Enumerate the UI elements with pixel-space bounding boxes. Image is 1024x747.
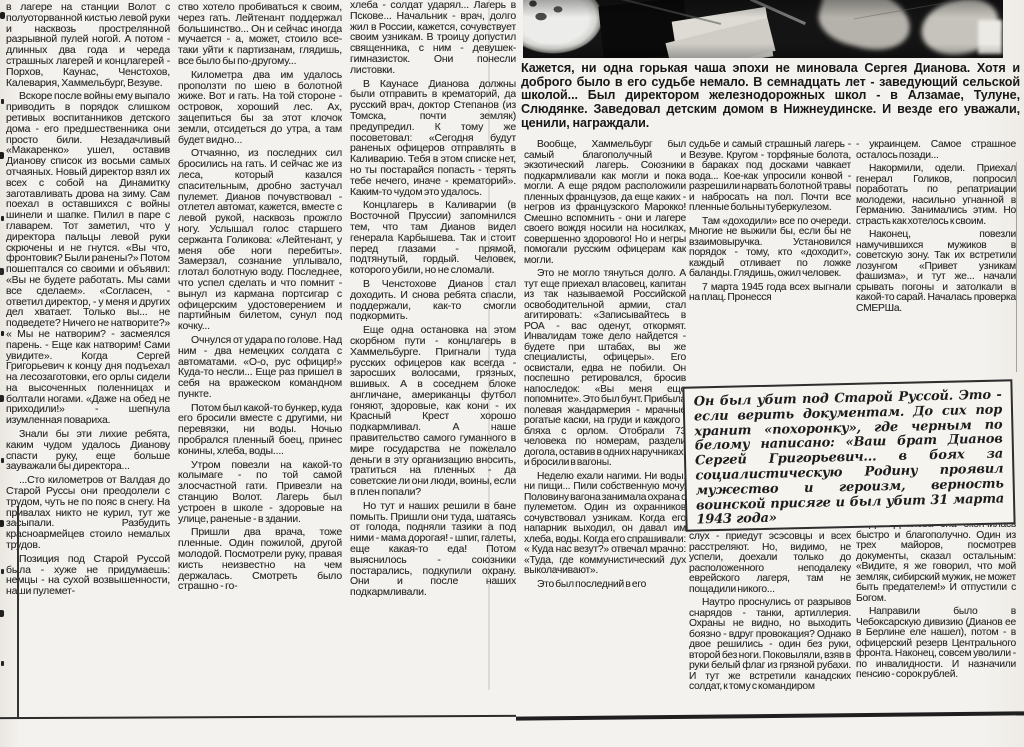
paragraph: Для Дианова она окончилась быстро и благ… bbox=[856, 520, 1016, 604]
paragraph: в лагере на станции Волот с полуоторванн… bbox=[6, 2, 170, 88]
paragraph: Потом был какой-то бункер, куда его брос… bbox=[178, 403, 342, 457]
text-column-4: Вообще, Хаммельбург был самый благополуч… bbox=[524, 140, 686, 712]
newspaper-page: в лагере на станции Волот с полуоторванн… bbox=[0, 0, 1024, 747]
paragraph: Вообще, Хаммельбург был самый благополуч… bbox=[524, 140, 686, 266]
left-frame-rule bbox=[17, 506, 19, 718]
paragraph: Это не могло тянуться долго. А тут еще п… bbox=[524, 269, 686, 469]
text-column-2: ство хотело пробиваться к своим, через г… bbox=[178, 2, 342, 716]
paragraph: хлеба - солдат ударял... Лагерь в Пскове… bbox=[350, 0, 516, 76]
paragraph: Очнулся от удара по голове. Над ним - дв… bbox=[178, 335, 342, 400]
paragraph: Но тут и наших решили в бане помыть. При… bbox=[350, 501, 516, 598]
paragraph: Позиция под Старой Руссой была - хуже не… bbox=[6, 554, 170, 597]
paragraph: Накормили, одели. Приехал генерал Голико… bbox=[856, 164, 1016, 227]
text-column-3: хлеба - солдат ударял... Лагерь в Пскове… bbox=[350, 0, 516, 692]
article-photo bbox=[523, 0, 1003, 58]
paragraph: Отчаянно, из последних сил бросились на … bbox=[178, 148, 342, 332]
paragraph: Неделю ехали нагими. Ни воды, ни пищи...… bbox=[524, 472, 686, 577]
paragraph: 7 марта 1945 года всех выгнали на плац. … bbox=[689, 283, 851, 304]
paragraph: В Каунасе Дианова должны были отправить … bbox=[350, 79, 516, 198]
paper-edge-marks bbox=[0, 12, 5, 19]
paragraph: В Ченстохове Дианов стал доходить. И сно… bbox=[350, 279, 516, 322]
paragraph: судьбе и самый страшный лагерь - Везуве.… bbox=[689, 140, 851, 214]
paragraph: - украинцем. Самое страшное осталось поз… bbox=[856, 140, 1016, 161]
paragraph: Километра два им удалось проползти по ше… bbox=[178, 70, 342, 146]
text-column-1: в лагере на станции Волот с полуоторванн… bbox=[6, 2, 170, 716]
paragraph: Наутро проснулись от разрывов снарядов -… bbox=[689, 598, 851, 693]
quote-box: Он был убит под Старой Руссой. Это - есл… bbox=[682, 379, 1015, 531]
paragraph: Там «доходили» все по очереди. Многие не… bbox=[689, 217, 851, 280]
paragraph: ство хотело пробиваться к своим, через г… bbox=[178, 2, 342, 67]
paragraph: Направили было в Чебоксарскую дивизию (Д… bbox=[856, 607, 1016, 681]
paragraph: Пришли два врача, тоже пленные. Один пож… bbox=[178, 527, 342, 592]
paragraph: Вскоре после войны ему выпало приводить … bbox=[6, 91, 170, 426]
paragraph: Концлагерь в Каливарии (в Восточной Прус… bbox=[350, 200, 516, 276]
paragraph: Утром повезли на какой-то колымаге - по … bbox=[178, 460, 342, 525]
paragraph: Наконец, повезли намучившихся мужиков в … bbox=[856, 230, 1016, 314]
paragraph: Это был последний в его bbox=[524, 580, 686, 591]
paragraph: Знали бы эти лихие ребята, каким чудом у… bbox=[6, 429, 170, 472]
paragraph: Еще одна остановка на этом скорбном пути… bbox=[350, 325, 516, 498]
paragraph: ...Сто километров от Валдая до Старой Ру… bbox=[6, 475, 170, 551]
right-edge-line bbox=[1016, 162, 1017, 372]
paragraph: слух - приедут эсэсовцы и всех расстреля… bbox=[689, 532, 851, 595]
scan-crease-line bbox=[488, 0, 490, 690]
photo-vignette bbox=[523, 0, 1003, 58]
text-column-5-bottom: слух - приедут эсэсовцы и всех расстреля… bbox=[689, 532, 851, 714]
article-lede: Кажется, ни одна горькая чаша эпохи не м… bbox=[521, 62, 1020, 140]
text-column-6-top: - украинцем. Самое страшное осталось поз… bbox=[856, 140, 1016, 378]
text-column-5-top: судьбе и самый страшный лагерь - Везуве.… bbox=[689, 140, 851, 380]
text-column-6-bottom: Для Дианова она окончилась быстро и благ… bbox=[856, 520, 1016, 714]
